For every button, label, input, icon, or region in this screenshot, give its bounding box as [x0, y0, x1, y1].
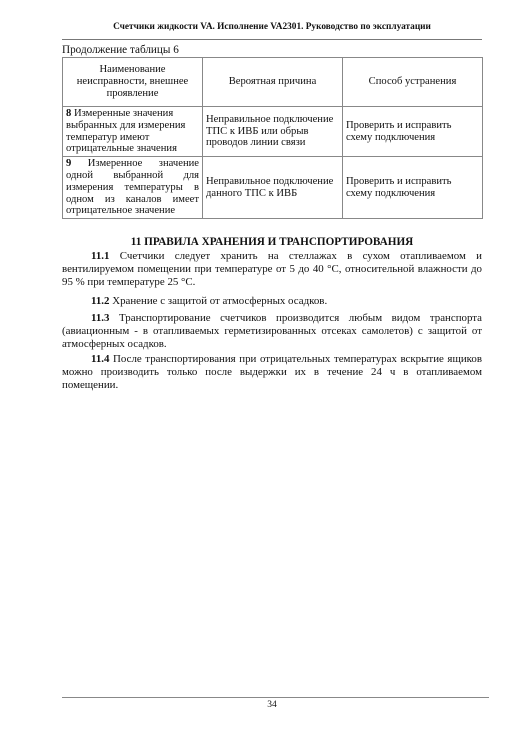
- remedy-cell: Проверить и исправить схему подключения: [343, 157, 483, 219]
- cause-cell: Неправильное подключение данного ТПС к И…: [203, 157, 343, 219]
- table-header-row: Наименование неисправности, внешнее проя…: [63, 58, 483, 107]
- column-header-cause: Вероятная причина: [203, 58, 343, 107]
- fault-cell: 8 Измеренные значения выбранных для изме…: [63, 107, 203, 157]
- header-rule: [62, 39, 482, 40]
- table-row: 9 Измеренное значение одной выбранной дл…: [63, 157, 483, 219]
- paragraph-number: 11.4: [91, 353, 109, 365]
- section-title: 11 ПРАВИЛА ХРАНЕНИЯ И ТРАНСПОРТИРОВАНИЯ: [62, 236, 482, 248]
- row-number: 8: [66, 108, 71, 119]
- paragraph-text: После транспортирования при отрицательны…: [62, 353, 482, 391]
- fault-text: Измеренное значение одной выбранной для …: [66, 158, 199, 216]
- paragraph-text: Хранение с защитой от атмосферных осадко…: [112, 295, 327, 307]
- paragraph-11-2: 11.2 Хранение с защитой от атмосферных о…: [62, 295, 482, 308]
- paragraph-11-3: 11.3 Транспортирование счетчиков произво…: [62, 312, 482, 351]
- paragraph-text: Транспортирование счетчиков производится…: [62, 312, 482, 350]
- fault-cell: 9 Измеренное значение одной выбранной дл…: [63, 157, 203, 219]
- paragraph-number: 11.2: [91, 295, 109, 307]
- column-header-remedy: Способ устранения: [343, 58, 483, 107]
- column-header-fault: Наименование неисправности, внешнее проя…: [63, 58, 203, 107]
- page-number: 34: [62, 700, 482, 710]
- row-number: 9: [66, 158, 71, 169]
- paragraph-number: 11.3: [91, 312, 109, 324]
- remedy-cell: Проверить и исправить схему подключения: [343, 107, 483, 157]
- fault-text: Измеренные значения выбранных для измере…: [66, 108, 185, 154]
- table-row: 8 Измеренные значения выбранных для изме…: [63, 107, 483, 157]
- faults-table: Наименование неисправности, внешнее проя…: [62, 57, 483, 219]
- cause-cell: Неправильное подключение ТПС к ИВБ или о…: [203, 107, 343, 157]
- paragraph-number: 11.1: [91, 250, 109, 262]
- paragraph-11-4: 11.4 После транспортирования при отрицат…: [62, 353, 482, 392]
- table-caption: Продолжение таблицы 6: [62, 44, 179, 57]
- footer-rule: [62, 697, 489, 698]
- running-header: Счетчики жидкости VA. Исполнение VA2301.…: [62, 22, 482, 32]
- paragraph-11-1: 11.1 Счетчики следует хранить на стеллаж…: [62, 250, 482, 289]
- paragraph-text: Счетчики следует хранить на стеллажах в …: [62, 250, 482, 288]
